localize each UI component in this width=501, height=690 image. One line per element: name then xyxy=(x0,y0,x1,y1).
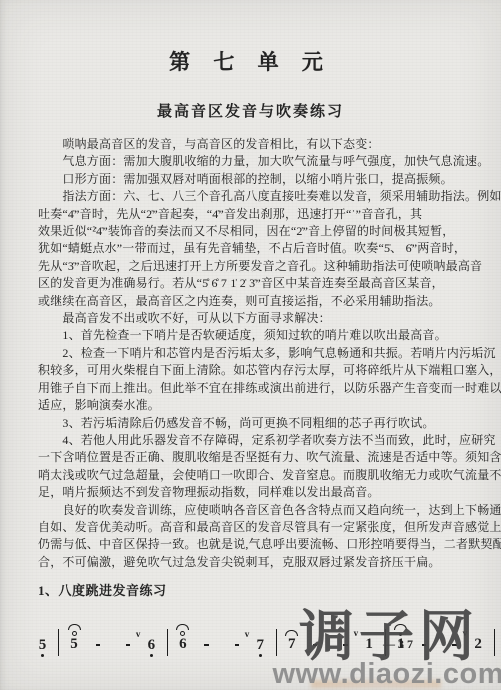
octave-dot-below xyxy=(73,652,76,657)
text-line: 1、首先检查一下哨片是否软硬适度，须知过软的哨片难以吹出最高音。 xyxy=(38,327,473,344)
note: v6 xyxy=(145,622,158,657)
text-line: 气息方面：需加大腹肌收缩的力量，加大吹气流量与呼气强度，加快气息流速。 xyxy=(38,153,473,170)
text-line: 区的发音更为准确易行。若从“5̊ 6̊ 7 1̇ 2̇ 3̇”音区中某音连奏至最… xyxy=(38,275,473,292)
text-line: 用锥子自下而上推出。但此举不宜在排练或演出前进行，以防乐器产生音变而一时难以 xyxy=(38,380,473,397)
octave-dot-below xyxy=(181,652,184,657)
unit-title: 第 七 单 元 xyxy=(0,46,501,76)
text-line: 良好的吹奏发音训练，应使唢呐各音区音色各含特点而又趋向统一，达到上下畅通 xyxy=(38,502,473,519)
text-line: 指法方面：六、七、八三个音孔高八度直接吐奏难以发音，须采用辅助指法。例如： xyxy=(38,188,473,205)
watermark: 调子网 www.diaozi.com xyxy=(272,609,501,690)
dash-extension xyxy=(235,644,239,646)
exercise-section-heading: 1、八度跳进发音练习 xyxy=(38,580,501,599)
text-line: 最高音发不出或吹不好，可从以下方面寻求解决： xyxy=(38,310,473,327)
watermark-site-name: 调子网 xyxy=(299,609,479,664)
text-line: 2、检查一下哨片和芯管内是否污垢太多，影响气息畅通和共振。若哨片内污垢沉 xyxy=(38,345,473,362)
text-line: 先从“3̇”音吹起，之后迅速打开上方所要发音之音孔。这种辅助指法可使唢呐最高音 xyxy=(38,258,473,275)
dash-extension xyxy=(126,644,130,646)
barline xyxy=(58,629,59,656)
text-line: 吐奏“4̇”音时，先从“2̇”音起奏，“4̇”音发出刹那，迅速打开“˙”音音孔，… xyxy=(38,206,473,223)
note: 6 xyxy=(176,621,189,657)
watermark-site-url: www.diaozi.com xyxy=(272,660,501,689)
text-line: 一下含哨位置是否正确、腹肌收缩是否坚挺有力、吹气流量、流速是否适中等。须知含 xyxy=(38,449,473,466)
note-digit: 5 xyxy=(39,637,47,653)
scanned-page: 第 七 单 元 最高音区发音与吹奏练习 唢呐最高音区的发音，与高音区的发音相比，… xyxy=(0,0,501,690)
text-line: 仍需与低、中音区保持一致。也就是说,气息呼出要流畅、口形控哨要得当，二者默契配 xyxy=(38,536,473,553)
text-line: 合，不可偏激，避免吹气过急发音尖锐刺耳，克服双唇过紧发音挤压干扁。 xyxy=(38,554,473,571)
fermata-arc xyxy=(68,624,81,630)
note: 5 xyxy=(68,621,81,657)
note-marks xyxy=(68,621,81,636)
note: 5 xyxy=(36,622,49,657)
text-line: 4、若他人用此乐器发音不存障碍，定系初学者吹奏方法不当而致，此时，应研究 xyxy=(38,432,473,449)
body-text: 唢呐最高音区的发音，与高音区的发音相比，有以下态变： 气息方面：需加大腹肌收缩的… xyxy=(38,136,473,571)
text-line: 哨太浅或吹气过急超量，会使哨口一吹即合、发音窒息。而腹肌收缩无力或吹气流量不 xyxy=(38,467,473,484)
text-line: 自如、发音优美动听。高音和最高音区的发音尽管具有一定紧张度，但所发声音感觉上 xyxy=(38,519,473,536)
text-line: 口形方面：需加强双唇对哨面根部的控制，以缩小哨片张口，提高振频。 xyxy=(38,171,473,188)
note-marks xyxy=(176,621,189,636)
octave-dot-below xyxy=(41,654,44,657)
text-line: 或继续在高音区，最高音区之内连奏，则可直接运指，不必采用辅助指法。 xyxy=(38,293,473,310)
octave-dot-below xyxy=(150,654,153,657)
breath-mark: v xyxy=(136,629,141,639)
dash-extension xyxy=(204,644,208,646)
breath-mark: v xyxy=(245,629,250,639)
barline xyxy=(167,629,168,656)
text-line: 积较多，可用火柴棍自下面上清除。如芯管内存污太厚，可将碎纸片从下端粗口塞入， xyxy=(38,362,473,379)
text-line: 唢呐最高音区的发音，与高音区的发音相比，有以下态变： xyxy=(38,136,473,153)
text-line: 足，哨片振频达不到发音物理振动指数，同样难以发出最高音。 xyxy=(38,484,473,501)
octave-dot-below xyxy=(259,654,262,657)
text-line: 适应，影响演奏水准。 xyxy=(38,397,473,414)
note: v7 xyxy=(254,622,267,657)
text-line: 3、若污垢清除后仍感发音不畅，尚可更换不同粗细的芯子再行吹试。 xyxy=(38,415,473,432)
fermata-arc xyxy=(176,624,189,630)
text-line: 效果近似“²̇4̇”装饰音的奏法而又不尽相同，因在“2̇”音上停留的时间极其短暂… xyxy=(38,223,473,240)
note-digit: 7 xyxy=(257,637,265,653)
note-digit: 5 xyxy=(70,636,78,652)
note-digit: 6 xyxy=(179,636,187,652)
page-subtitle: 最高音区发音与吹奏练习 xyxy=(0,100,501,121)
dash-extension xyxy=(96,644,100,646)
text-line: 犹如“蜻蜓点水”一带而过，虽有先音辅垫，不占后音时值。吹奏“5̇、 6̇”两音时… xyxy=(38,240,473,257)
note-digit: 6 xyxy=(148,637,156,653)
